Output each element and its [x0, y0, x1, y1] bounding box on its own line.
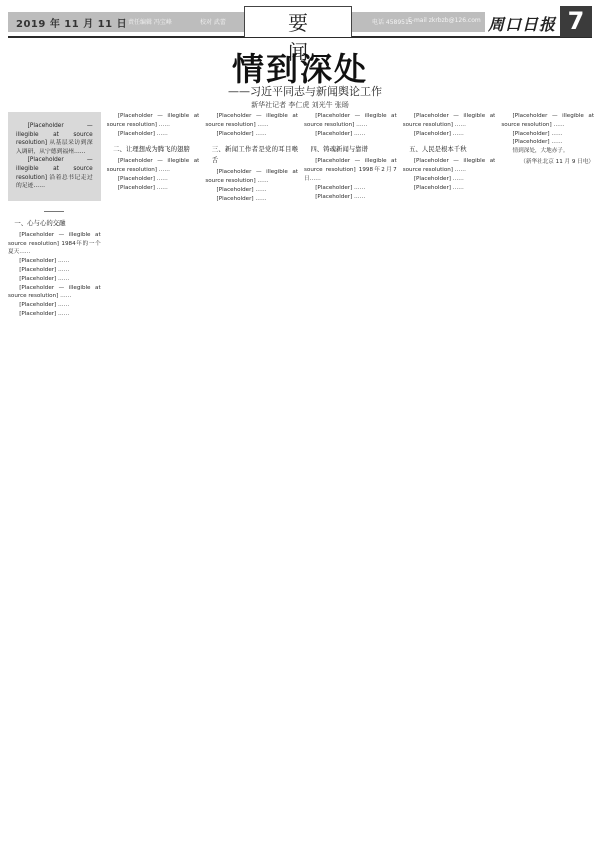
summary-paragraph: [Placeholder — illegible at source resol…	[16, 122, 93, 156]
paragraph: [Placeholder] ……	[403, 175, 496, 184]
summary-paragraph: [Placeholder — illegible at source resol…	[16, 156, 93, 190]
paragraph: [Placeholder] ……	[8, 257, 101, 266]
paragraph: [Placeholder] ……	[403, 184, 496, 193]
section-heading: 四、铸魂新闻与靠谱	[304, 144, 397, 155]
page-number: 7	[560, 6, 592, 37]
section-heading: 二、让理想成为腾飞的翅膀	[107, 144, 200, 155]
page-header: 2019 年 11 月 11 日 责任编辑 冯宝峰 校对 武蕾 电话 45895…	[0, 0, 600, 40]
column-6: [Placeholder — illegible at source resol…	[501, 112, 594, 840]
paragraph: [Placeholder] ……	[501, 130, 594, 139]
paragraph: [Placeholder] ……	[403, 130, 496, 139]
editor-credit: 责任编辑 冯宝峰	[128, 17, 172, 26]
column-1: [Placeholder — illegible at source resol…	[8, 112, 101, 840]
article-subtitle: ——习近平同志与新闻舆论工作	[0, 83, 600, 99]
paragraph: [Placeholder — illegible at source resol…	[107, 112, 200, 130]
paragraph: [Placeholder — illegible at source resol…	[8, 231, 101, 257]
paragraph: [Placeholder] ……	[107, 130, 200, 139]
column-5: [Placeholder — illegible at source resol…	[403, 112, 496, 840]
paragraph: [Placeholder] ……	[304, 130, 397, 139]
paragraph: [Placeholder] ……	[8, 301, 101, 310]
paragraph: [Placeholder] ……	[8, 266, 101, 275]
section-heading: 一、心与心的交融	[8, 218, 101, 229]
paragraph: [Placeholder] ……	[205, 130, 298, 139]
paragraph: [Placeholder] ……	[205, 195, 298, 204]
paragraph: [Placeholder] ……	[107, 175, 200, 184]
column-3: [Placeholder — illegible at source resol…	[205, 112, 298, 840]
article-body: [Placeholder — illegible at source resol…	[8, 112, 594, 840]
paragraph: [Placeholder] ……	[107, 184, 200, 193]
issue-date: 2019 年 11 月 11 日	[16, 15, 127, 30]
paragraph: [Placeholder] ……	[8, 310, 101, 319]
paragraph: [Placeholder] ……	[205, 186, 298, 195]
column-2: [Placeholder — illegible at source resol…	[107, 112, 200, 840]
phone-number: 电话 4589515	[372, 17, 413, 26]
paragraph: [Placeholder — illegible at source resol…	[403, 112, 496, 130]
paper-masthead: 周口日报	[488, 12, 556, 35]
paragraph: [Placeholder — illegible at source resol…	[304, 157, 397, 183]
column-4: [Placeholder — illegible at source resol…	[304, 112, 397, 840]
section-heading: 三、新闻工作者是党的耳目喉舌	[205, 144, 298, 166]
paragraph: [Placeholder] ……	[8, 275, 101, 284]
paragraph: [Placeholder — illegible at source resol…	[501, 112, 594, 130]
paragraph: [Placeholder — illegible at source resol…	[205, 168, 298, 186]
paragraph: [Placeholder — illegible at source resol…	[403, 157, 496, 175]
paragraph: [Placeholder] ……	[501, 138, 594, 147]
paragraph: [Placeholder — illegible at source resol…	[205, 112, 298, 130]
proofreader-credit: 校对 武蕾	[200, 17, 226, 26]
email-address: E-mail zkrbzb@126.com	[408, 17, 481, 24]
paragraph: [Placeholder — illegible at source resol…	[304, 112, 397, 130]
paragraph: [Placeholder] ……	[304, 184, 397, 193]
summary-box: [Placeholder — illegible at source resol…	[8, 112, 101, 201]
section-heading: 五、人民是根本千秋	[403, 144, 496, 155]
paragraph: [Placeholder — illegible at source resol…	[107, 157, 200, 175]
paragraph: [Placeholder] ……	[304, 193, 397, 202]
closing-line: 情到深处，大地赤子。	[501, 147, 594, 156]
divider	[44, 211, 64, 212]
paragraph: [Placeholder — illegible at source resol…	[8, 284, 101, 302]
article-byline: 新华社记者 李仁虎 刘光牛 张旸	[0, 100, 600, 110]
dateline-credit: （新华社北京 11 月 9 日电）	[501, 158, 594, 167]
